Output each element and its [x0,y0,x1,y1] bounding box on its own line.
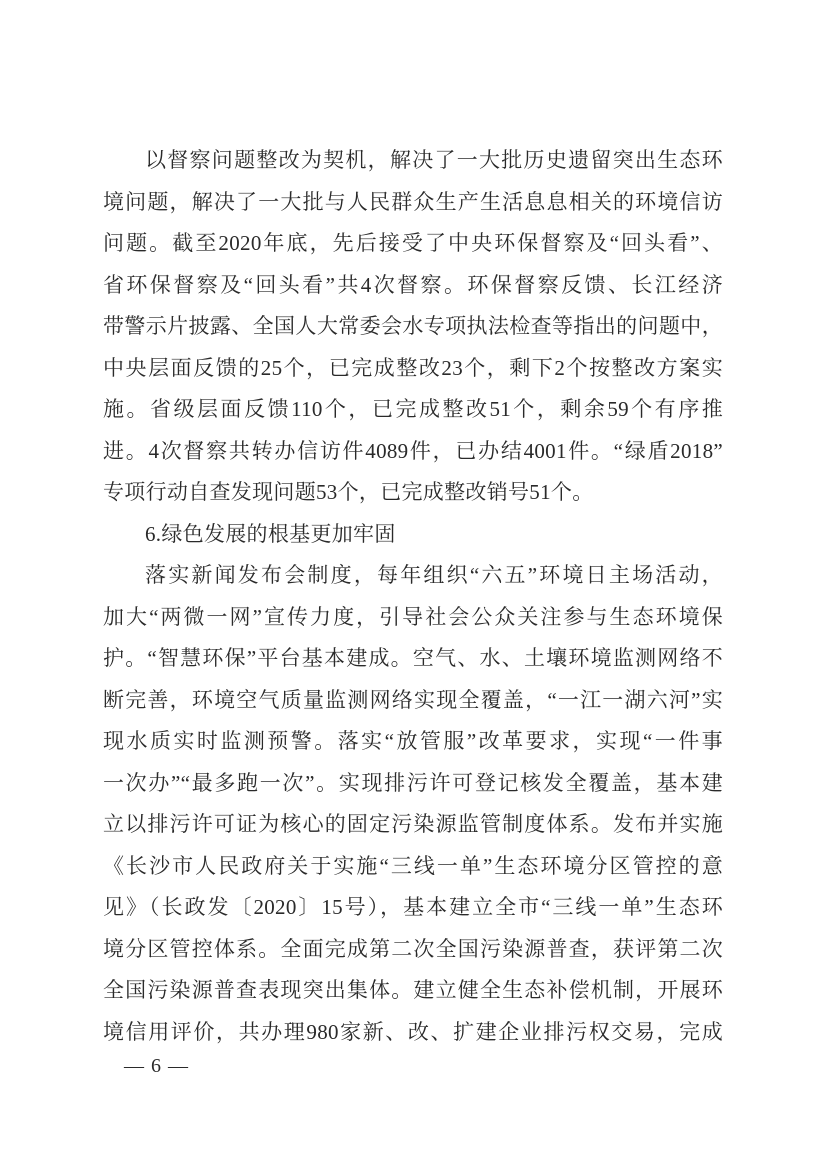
page-number: — 6 — [124,1051,189,1081]
paragraph-2-line: 落实新闻发布会制度，每年组织“六五”环境日主场活动， [103,555,723,597]
paragraph-1-line: 问题。截至2020年底，先后接受了中央环保督察及“回头看”、 [103,223,723,265]
paragraph-2-line: 境分区管控体系。全面完成第二次全国污染源普查，获评第二次 [103,929,723,971]
paragraph-2-line: 加大“两微一网”宣传力度，引导社会公众关注参与生态环境保 [103,597,723,639]
paragraph-1-line: 施。省级层面反馈110个，已完成整改51个，剩余59个有序推 [103,389,723,431]
paragraph-2-line: 立以排污许可证为核心的固定污染源监管制度体系。发布并实施 [103,804,723,846]
paragraph-2-line: 断完善，环境空气质量监测网络实现全覆盖，“一江一湖六河”实 [103,680,723,722]
section-heading: 6.绿色发展的根基更加牢固 [103,514,723,556]
paragraph-2-line: 见》（长政发〔2020〕15号），基本建立全市“三线一单”生态环 [103,887,723,929]
document-page: 以督察问题整改为契机，解决了一大批历史遗留突出生态环 境问题，解决了一大批与人民… [0,0,826,1169]
paragraph-1-line: 专项行动自查发现问题53个，已完成整改销号51个。 [103,472,723,514]
document-body: 以督察问题整改为契机，解决了一大批历史遗留突出生态环 境问题，解决了一大批与人民… [103,140,723,1053]
paragraph-2-line: 全国污染源普查表现突出集体。建立健全生态补偿机制，开展环 [103,970,723,1012]
paragraph-2-line: 现水质实时监测预警。落实“放管服”改革要求，实现“一件事 [103,721,723,763]
paragraph-1-line: 境问题，解决了一大批与人民群众生产生活息息相关的环境信访 [103,182,723,224]
paragraph-1-line: 中央层面反馈的25个，已完成整改23个，剩下2个按整改方案实 [103,348,723,390]
paragraph-2-line: 护。“智慧环保”平台基本建成。空气、水、土壤环境监测网络不 [103,638,723,680]
paragraph-1-line: 省环保督察及“回头看”共4次督察。环保督察反馈、长江经济 [103,265,723,307]
paragraph-1-line: 带警示片披露、全国人大常委会水专项执法检查等指出的问题中， [103,306,723,348]
paragraph-1-line: 以督察问题整改为契机，解决了一大批历史遗留突出生态环 [103,140,723,182]
paragraph-1-line: 进。4次督察共转办信访件4089件，已办结4001件。“绿盾2018” [103,431,723,473]
paragraph-2-line: 一次办”“最多跑一次”。实现排污许可登记核发全覆盖，基本建 [103,763,723,805]
paragraph-2-line: 《长沙市人民政府关于实施“三线一单”生态环境分区管控的意 [103,846,723,888]
paragraph-2-line: 境信用评价，共办理980家新、改、扩建企业排污权交易，完成 [103,1012,723,1054]
